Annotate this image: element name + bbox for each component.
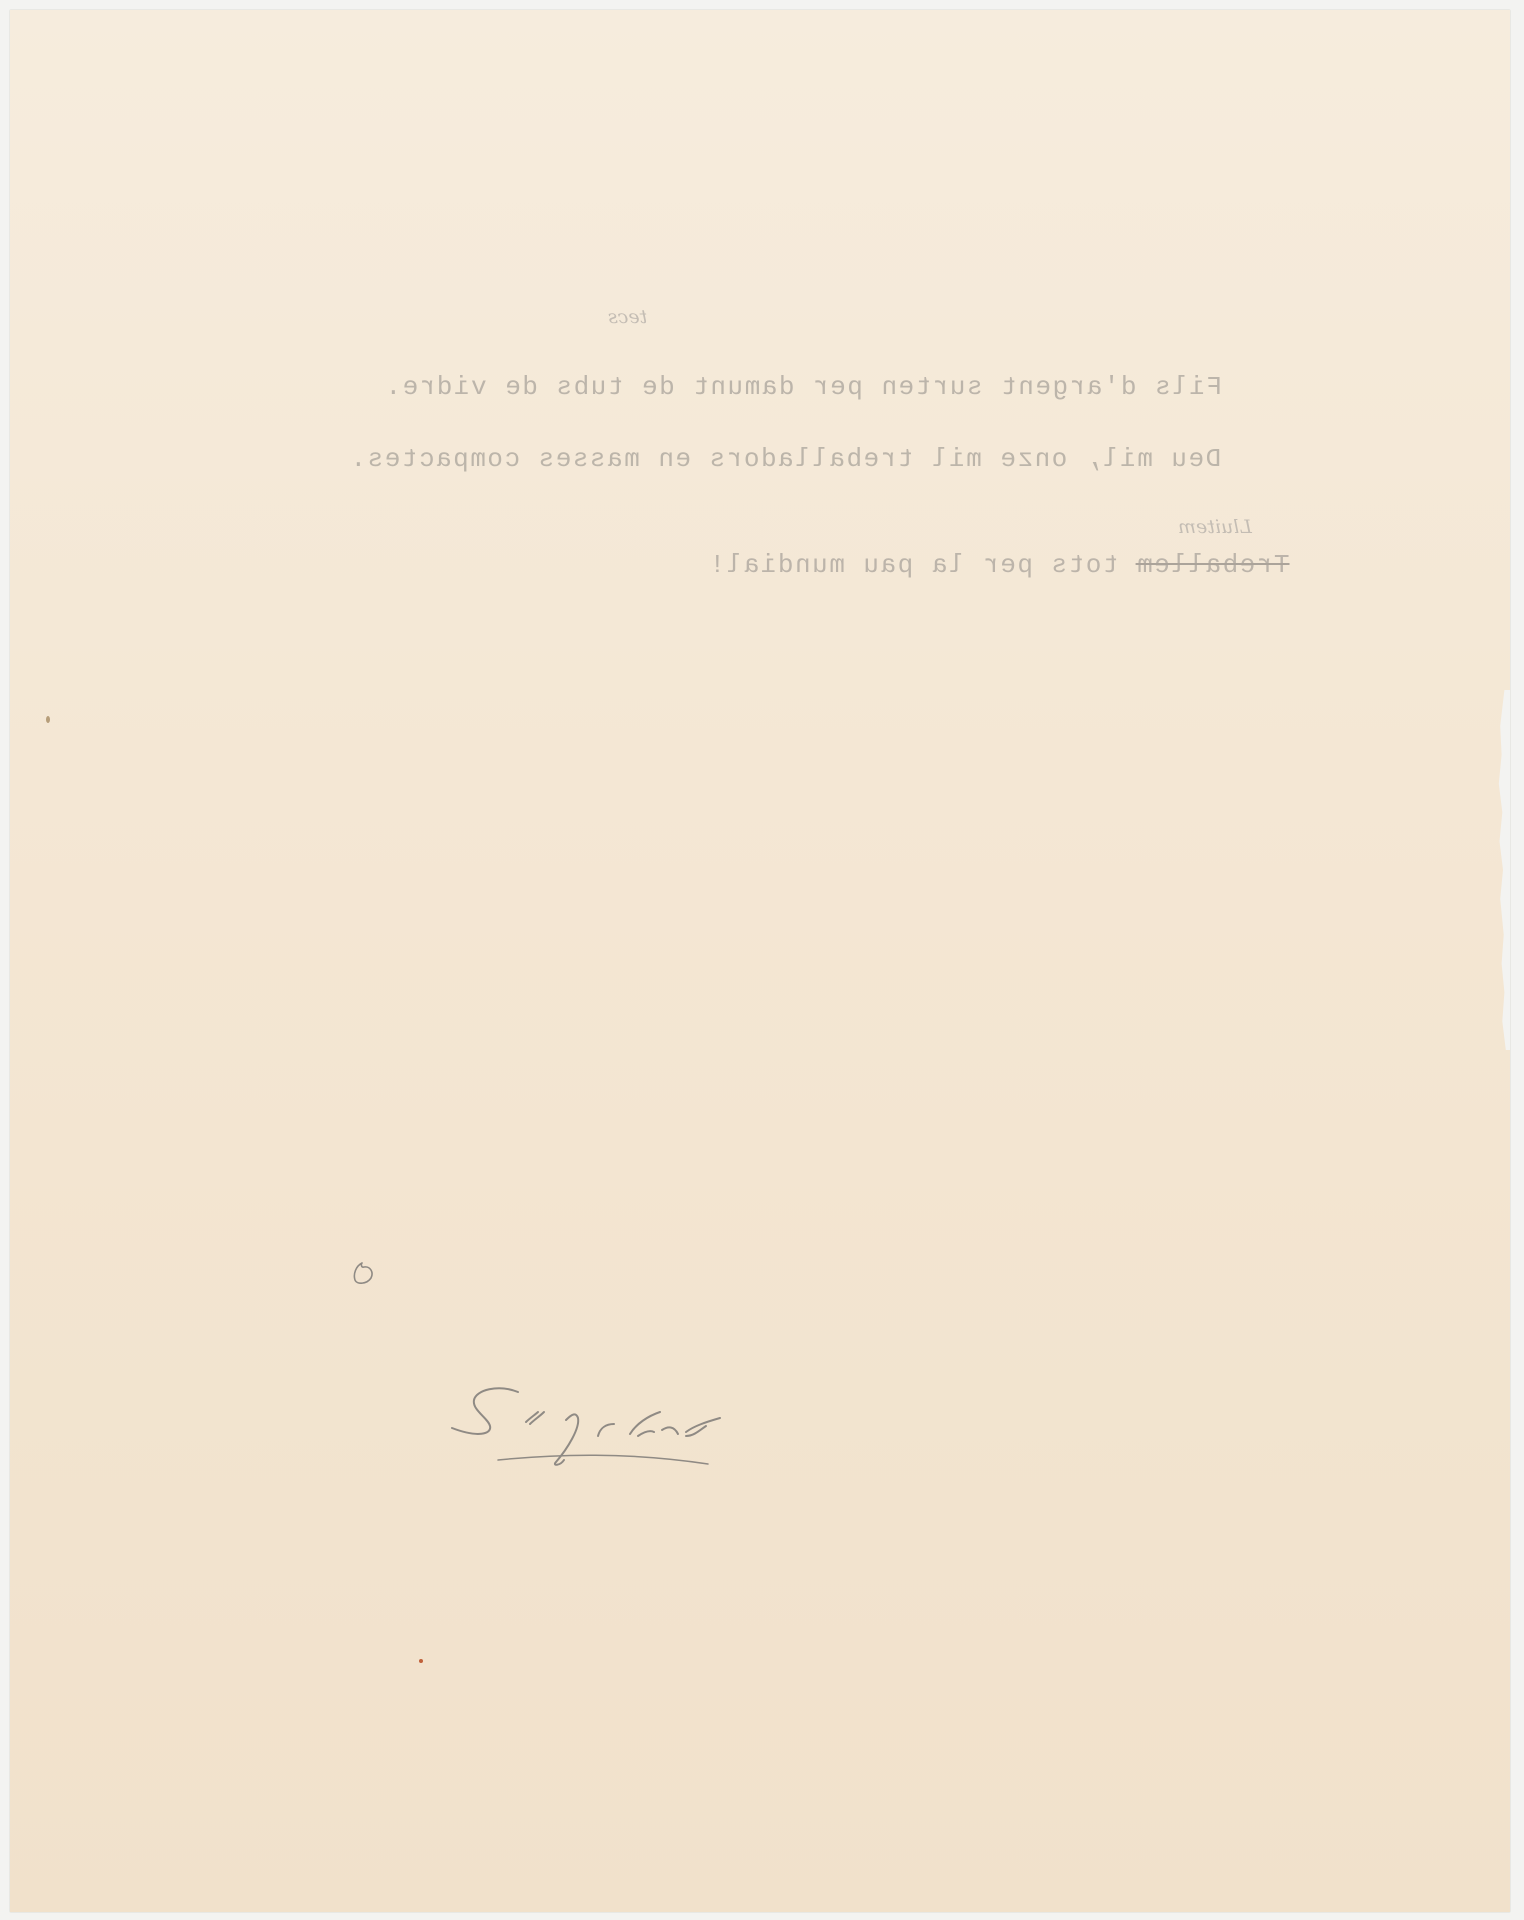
pencil-zero-mark	[350, 1260, 376, 1286]
handwritten-correction-1: tecs	[608, 306, 647, 328]
pencil-signature	[438, 1378, 728, 1478]
paper-sheet: tecs Fils d'argent surten per damunt de …	[10, 10, 1510, 1912]
pencil-zero-label: 0	[0, 0, 1, 1]
torn-right-edge	[1496, 690, 1510, 1050]
handwritten-correction-2: Lluitem	[1178, 516, 1252, 538]
paper-speck	[46, 716, 50, 723]
line-3-text: tots per la pau mundial!	[708, 550, 1136, 580]
line-2-text: Deu mil, onze mil treballadors en masses…	[349, 444, 1221, 474]
struck-word: Treballem	[1136, 550, 1290, 580]
red-speck	[419, 1659, 423, 1663]
signature-label: Segador	[0, 0, 1, 1]
showthrough-line-2: Deu mil, onze mil treballadors en masses…	[349, 414, 1290, 504]
showthrough-line-3: Treballem tots per la pau mundial!	[708, 550, 1290, 580]
line-1-text: Fils d'argent surten per damunt de tubs …	[384, 372, 1222, 402]
